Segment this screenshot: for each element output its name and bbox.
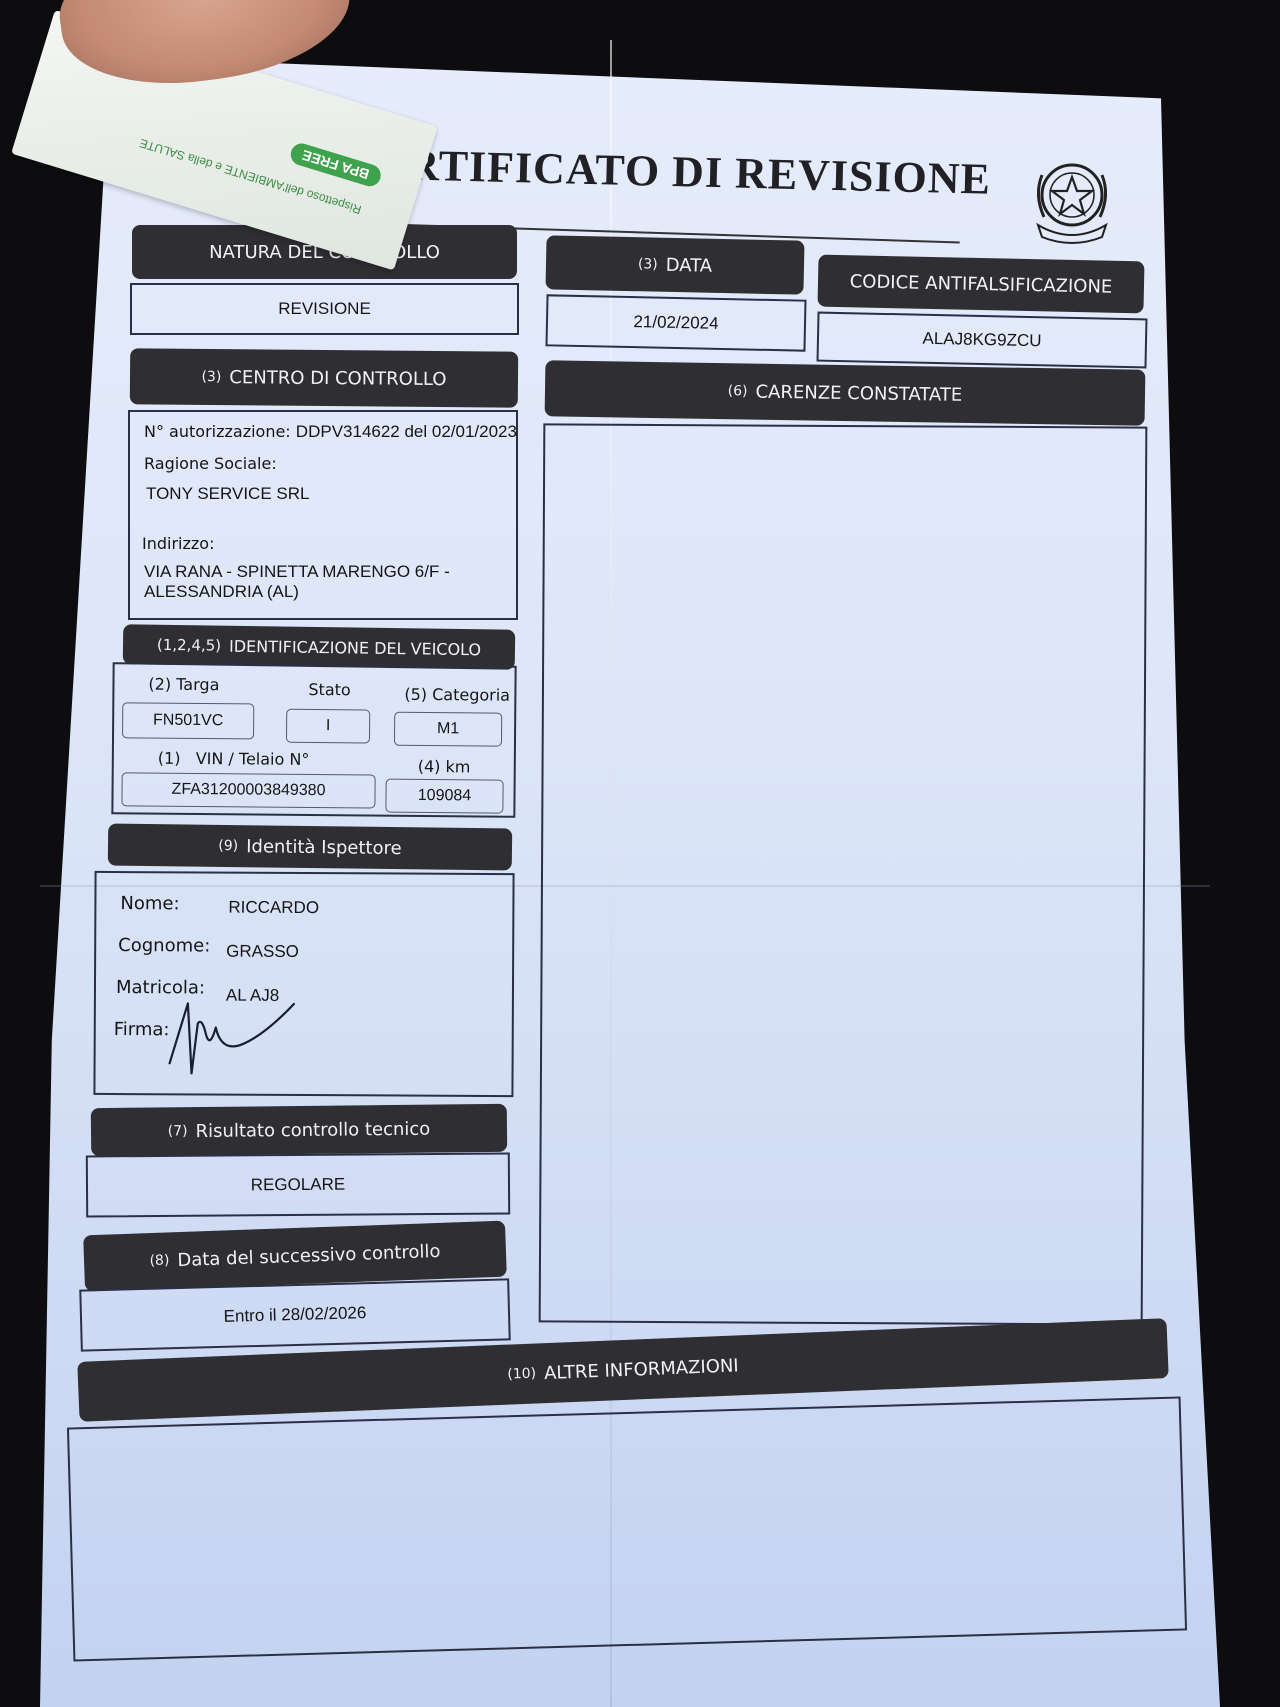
altre-header-number: (10) bbox=[507, 1365, 536, 1382]
carenze-header-text: CARENZE CONSTATATE bbox=[755, 381, 962, 405]
successivo-value: Entro il 28/02/2026 bbox=[223, 1303, 366, 1327]
vin-label: (1) VIN / Telaio N° bbox=[158, 749, 310, 769]
km-field: 109084 bbox=[385, 779, 503, 814]
data-header: (3) DATA bbox=[545, 235, 804, 294]
codice-header-text: CODICE ANTIFALSIFICAZIONE bbox=[849, 271, 1112, 297]
data-field: 21/02/2024 bbox=[545, 294, 806, 351]
indirizzo-line-2: ALESSANDRIA (AL) bbox=[144, 582, 299, 602]
successivo-header-number: (8) bbox=[149, 1252, 169, 1269]
veicolo-header-text: IDENTIFICAZIONE DEL VEICOLO bbox=[229, 636, 481, 659]
nome-label: Nome: bbox=[120, 893, 179, 914]
vin-value: ZFA31200003849380 bbox=[172, 781, 326, 800]
altre-informazioni-box bbox=[67, 1396, 1187, 1661]
codice-antifalsificazione-header: CODICE ANTIFALSIFICAZIONE bbox=[817, 255, 1144, 314]
bpa-free-badge: BPA FREE bbox=[288, 141, 384, 189]
vin-field: ZFA31200003849380 bbox=[121, 772, 375, 808]
natura-controllo-value: REVISIONE bbox=[278, 299, 371, 319]
targa-value: FN501VC bbox=[153, 712, 223, 731]
autorizzazione-value: DDPV314622 del 02/01/2023 bbox=[296, 422, 517, 441]
nome-value: RICCARDO bbox=[228, 898, 319, 918]
firma-label: Firma: bbox=[114, 1019, 170, 1040]
natura-controllo-field: REVISIONE bbox=[130, 283, 519, 335]
cognome-label: Cognome: bbox=[118, 935, 210, 956]
ispettore-header-number: (9) bbox=[218, 838, 238, 854]
data-header-number: (3) bbox=[638, 256, 658, 272]
ragione-sociale-label: Ragione Sociale: bbox=[144, 454, 277, 473]
carenze-constatate-box bbox=[539, 423, 1148, 1325]
autorizzazione-label: N° autorizzazione: bbox=[144, 422, 291, 441]
targa-label: (2) Targa bbox=[148, 675, 219, 695]
targa-field: FN501VC bbox=[122, 702, 254, 739]
identita-ispettore-box: Nome: RICCARDO Cognome: GRASSO Matricola… bbox=[93, 871, 514, 1097]
risultato-header-text: Risultato controllo tecnico bbox=[195, 1118, 430, 1141]
ispettore-header-text: Identità Ispettore bbox=[246, 836, 402, 859]
photo-scene: CERTIFICATO DI REVISIONE NATURA DEL CONT… bbox=[0, 0, 1280, 1707]
categoria-label: (5) Categoria bbox=[404, 685, 510, 705]
carenze-constatate-header: (6) CARENZE CONSTATATE bbox=[545, 360, 1146, 425]
successivo-controllo-field: Entro il 28/02/2026 bbox=[79, 1278, 510, 1351]
risultato-value: REGOLARE bbox=[251, 1175, 346, 1196]
italian-republic-emblem-icon bbox=[1030, 155, 1115, 245]
stato-label: Stato bbox=[308, 680, 350, 699]
centro-controllo-header: (3) CENTRO DI CONTROLLO bbox=[130, 348, 518, 407]
centro-controllo-box: N° autorizzazione: DDPV314622 del 02/01/… bbox=[128, 410, 518, 620]
identificazione-veicolo-box: (2) Targa Stato (5) Categoria FN501VC I … bbox=[111, 662, 516, 818]
categoria-value: M1 bbox=[437, 720, 459, 738]
codice-antifalsificazione-field: ALAJ8KG9ZCU bbox=[817, 312, 1148, 369]
data-value: 21/02/2024 bbox=[633, 312, 718, 334]
centro-header-text: CENTRO DI CONTROLLO bbox=[229, 367, 446, 390]
carenze-header-number: (6) bbox=[728, 383, 748, 399]
indirizzo-label: Indirizzo: bbox=[142, 534, 214, 553]
signature-icon bbox=[165, 993, 305, 1084]
stato-field: I bbox=[286, 709, 370, 744]
ragione-sociale-value: TONY SERVICE SRL bbox=[146, 484, 309, 504]
centro-header-number: (3) bbox=[201, 369, 221, 385]
risultato-header-number: (7) bbox=[168, 1123, 188, 1139]
km-label: (4) km bbox=[418, 757, 471, 776]
data-header-text: DATA bbox=[666, 254, 713, 276]
risultato-controllo-field: REGOLARE bbox=[86, 1153, 510, 1218]
indirizzo-line-1: VIA RANA - SPINETTA MARENGO 6/F - bbox=[144, 562, 450, 582]
identita-ispettore-header: (9) Identità Ispettore bbox=[108, 824, 512, 871]
stato-value: I bbox=[326, 717, 331, 735]
codice-value: ALAJ8KG9ZCU bbox=[922, 329, 1041, 351]
risultato-controllo-header: (7) Risultato controllo tecnico bbox=[91, 1104, 507, 1156]
km-value: 109084 bbox=[418, 787, 472, 805]
successivo-header-text: Data del successivo controllo bbox=[177, 1240, 441, 1270]
veicolo-header-number: (1,2,4,5) bbox=[157, 636, 221, 655]
cognome-value: GRASSO bbox=[226, 942, 299, 962]
altre-header-text: ALTRE INFORMAZIONI bbox=[544, 1355, 739, 1384]
categoria-field: M1 bbox=[394, 712, 502, 747]
